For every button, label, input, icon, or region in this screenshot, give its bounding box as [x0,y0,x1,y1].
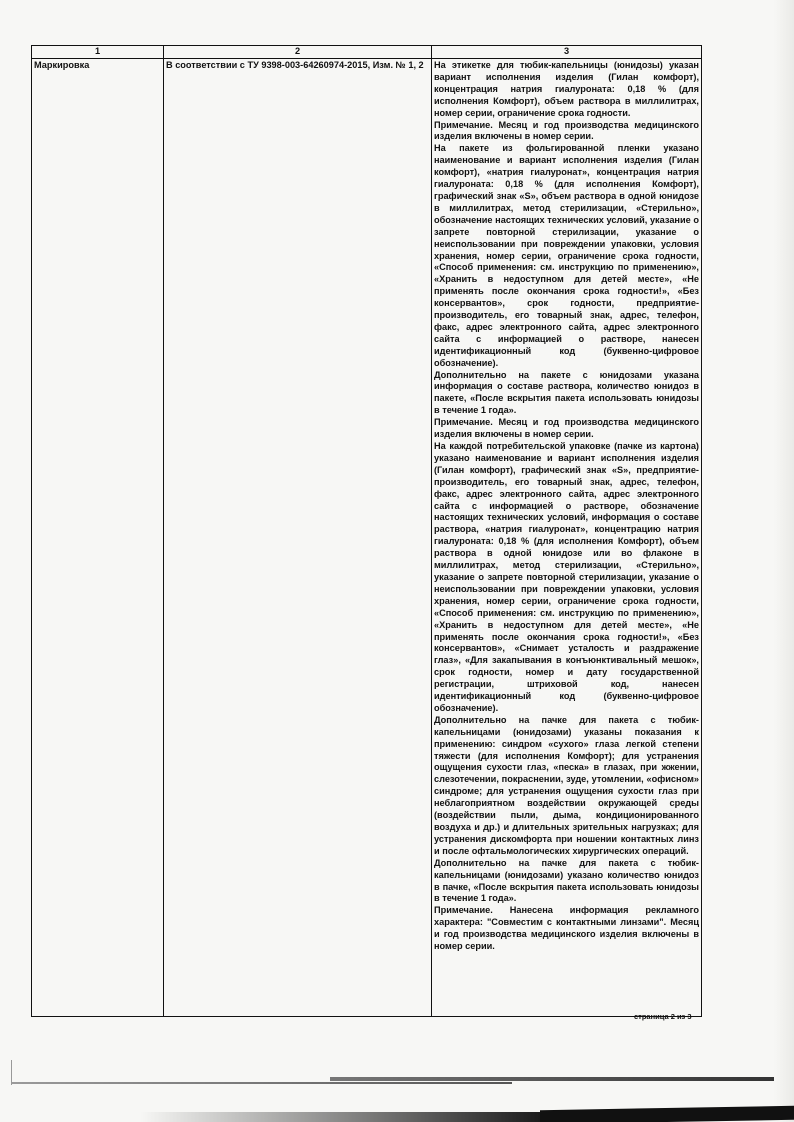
paragraph-box-quantity: Дополнительно на пачке для пакета с тюби… [434,858,699,906]
paragraph-note-3: Примечание. Нанесена информация рекламно… [434,905,699,953]
scan-bottom-rule [12,1082,512,1084]
scan-bottom-rule-dark [330,1077,774,1081]
paragraph-foil-package: На пакете из фольгированной пленки указа… [434,143,699,369]
scan-shadow-corner [540,1106,794,1122]
scan-shadow-fade [140,1112,560,1122]
column-header-1: 1 [32,46,164,59]
paragraph-package-additional: Дополнительно на пакете с юнидозами указ… [434,370,699,418]
paragraph-consumer-box: На каждой потребительской упаковке (пачк… [434,441,699,715]
paragraph-indications: Дополнительно на пачке для пакета с тюби… [434,715,699,858]
specification-table: 1 2 3 Маркировка В соответствии с ТУ 939… [31,45,702,1017]
row-label-cell: Маркировка [32,59,164,1017]
paragraph-label-tube: На этикетке для тюбик-капельницы (юнидоз… [434,60,699,120]
paragraph-note-2: Примечание. Месяц и год производства мед… [434,417,699,441]
column-header-3: 3 [432,46,702,59]
reference-cell: В соответствии с ТУ 9398-003-64260974-20… [164,59,432,1017]
column-header-2: 2 [164,46,432,59]
paragraph-note-1: Примечание. Месяц и год производства мед… [434,120,699,144]
description-cell: На этикетке для тюбик-капельницы (юнидоз… [432,59,702,1017]
page-number: страница 2 из 3 [634,1012,692,1021]
table-row: Маркировка В соответствии с ТУ 9398-003-… [32,59,702,1017]
row-label: Маркировка [34,60,89,70]
reference-text: В соответствии с ТУ 9398-003-64260974-20… [166,60,424,70]
scan-edge-shading [774,0,794,1122]
table-header-row: 1 2 3 [32,46,702,59]
